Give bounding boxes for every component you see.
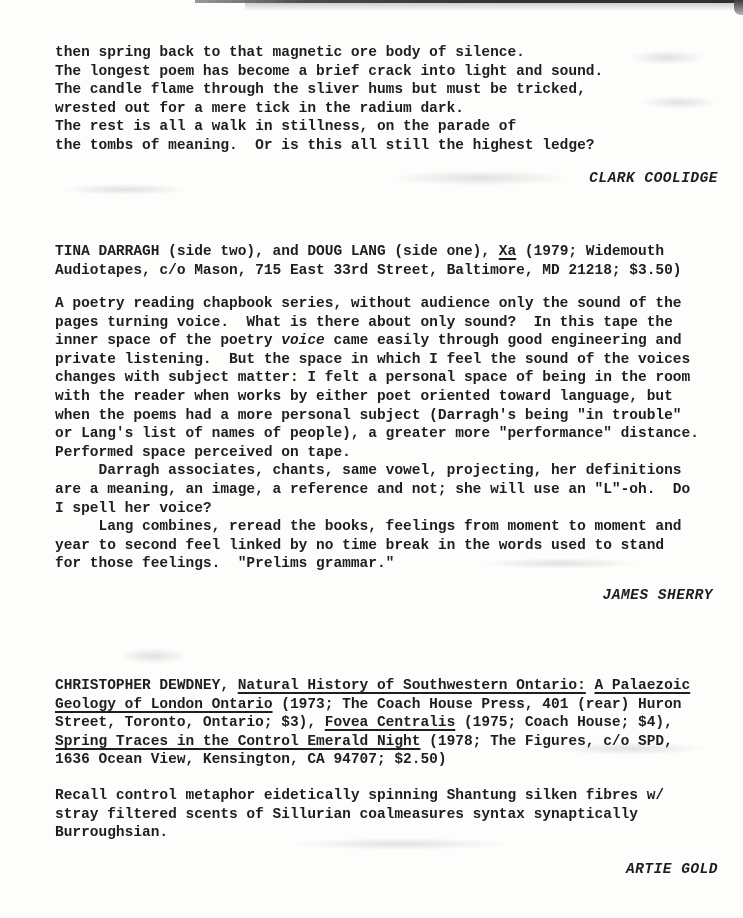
dewdney-review-body: Recall control metaphor eidetically spin… xyxy=(55,787,664,843)
scan-smudge xyxy=(118,648,188,664)
signature-clark-coolidge: CLARK COOLIDGE xyxy=(589,170,718,189)
dewdney-listing-heading: CHRISTOPHER DEWDNEY, Natural History of … xyxy=(55,677,690,770)
signature-james-sherry: JAMES SHERRY xyxy=(603,587,713,606)
scan-smudge xyxy=(640,96,718,109)
scan-edge-shadow xyxy=(245,3,743,10)
tape-listing-heading: TINA DARRAGH (side two), and DOUG LANG (… xyxy=(55,243,682,280)
scan-smudge xyxy=(60,184,190,195)
tape-review-body: A poetry reading chapbook series, withou… xyxy=(55,295,699,574)
scan-smudge xyxy=(628,50,706,65)
poem-excerpt: then spring back to that magnetic ore bo… xyxy=(55,44,603,156)
scan-corner-artifact xyxy=(734,0,743,15)
scan-smudge xyxy=(390,170,570,186)
document-page: then spring back to that magnetic ore bo… xyxy=(0,0,743,918)
signature-artie-gold: ARTIE GOLD xyxy=(626,861,718,880)
